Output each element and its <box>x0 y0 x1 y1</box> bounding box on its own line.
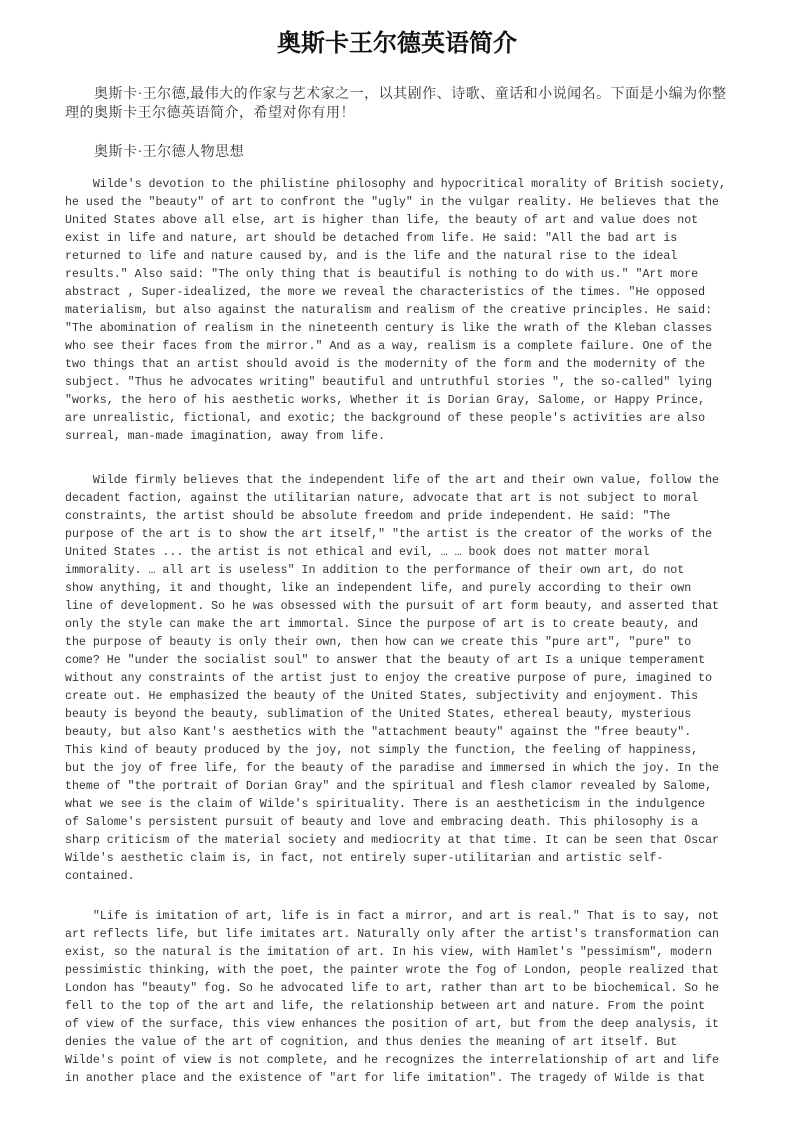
body-paragraph-wilde-devotion: Wilde's devotion to the philistine philo… <box>65 176 729 446</box>
document-page: 奥斯卡王尔德英语简介 奥斯卡·王尔德,最伟大的作家与艺术家之一，以其剧作、诗歌、… <box>0 0 794 1123</box>
section-heading: 奥斯卡·王尔德人物思想 <box>65 143 729 162</box>
intro-paragraph: 奥斯卡·王尔德,最伟大的作家与艺术家之一，以其剧作、诗歌、童话和小说闻名。下面是… <box>65 85 729 123</box>
body-paragraph-life-imitation: "Life is imitation of art, life is in fa… <box>65 908 729 1088</box>
document-title: 奥斯卡王尔德英语简介 <box>65 28 729 60</box>
body-paragraph-wilde-independent-art: Wilde firmly believes that the independe… <box>65 472 729 886</box>
